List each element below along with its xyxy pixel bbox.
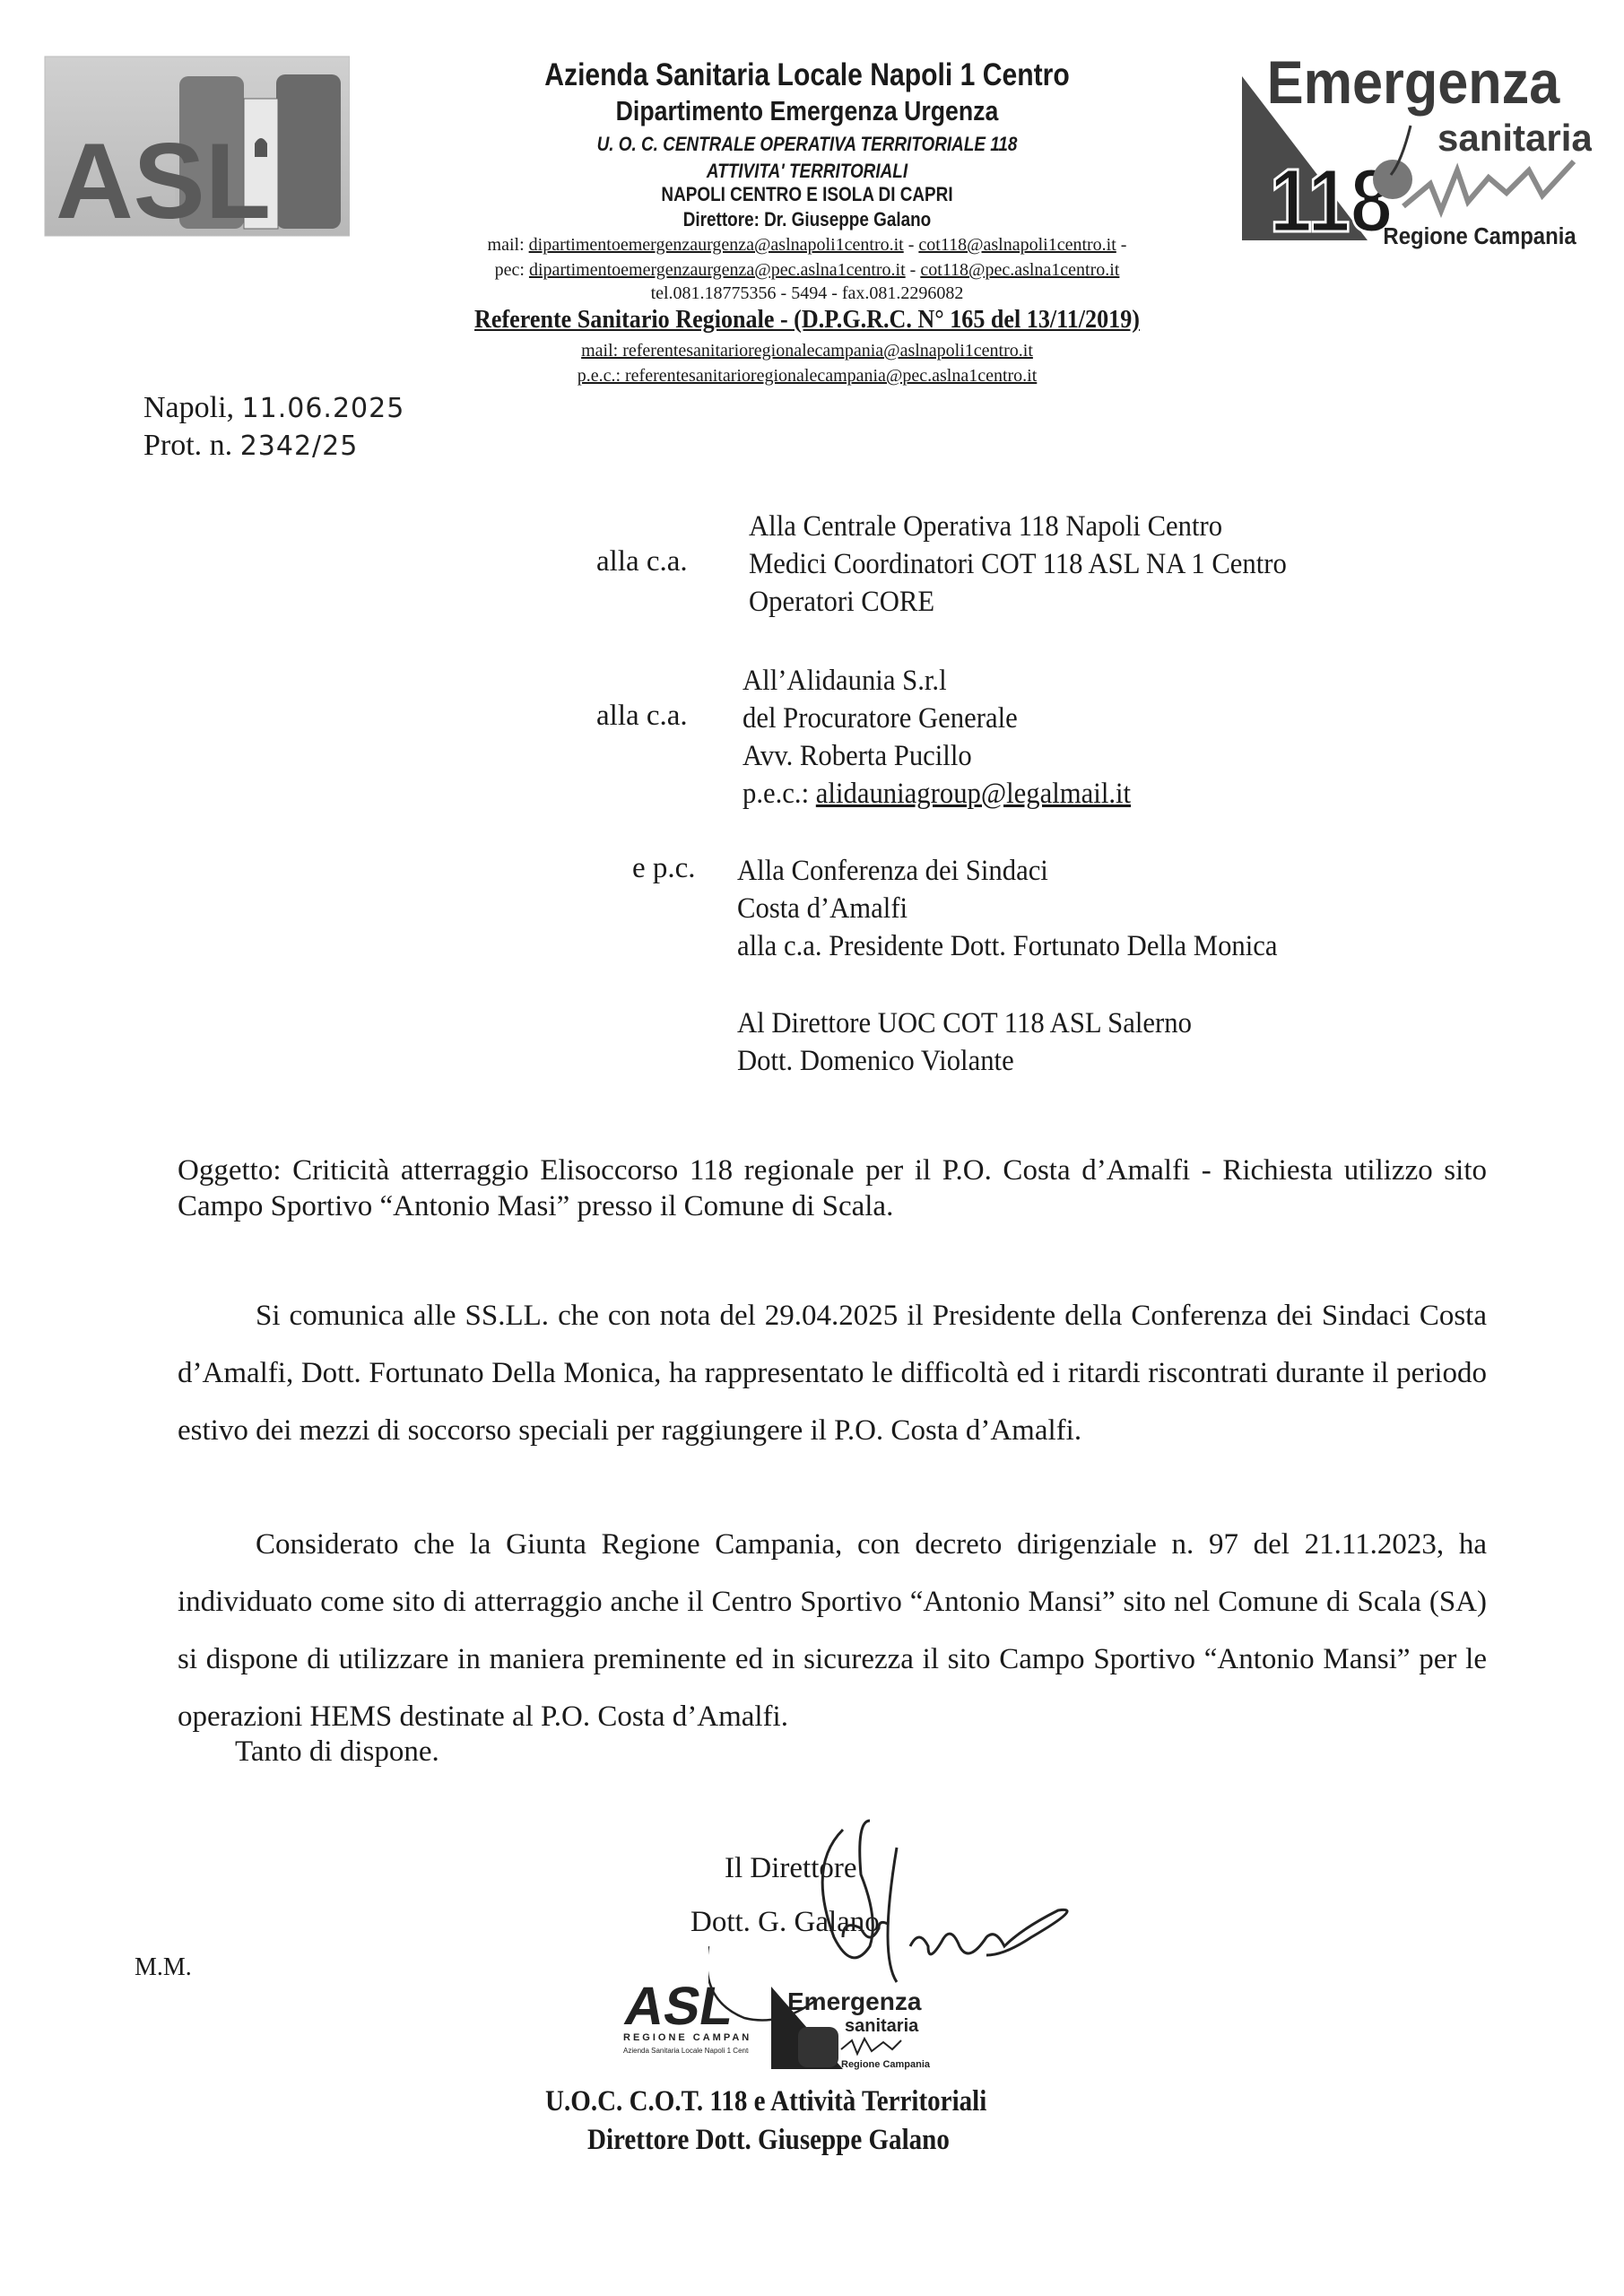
director-line: Direttore: Dr. Giuseppe Galano bbox=[452, 208, 1161, 231]
protocol-line: Prot. n. 2342/25 bbox=[143, 429, 358, 463]
svg-text:118: 118 bbox=[1270, 150, 1393, 250]
unit-subtitle: ATTIVITA' TERRITORIALI bbox=[452, 160, 1161, 183]
closing-line: Tanto di dispone. bbox=[235, 1735, 439, 1769]
recipient-pec-link[interactable]: alidauniagroup@legalmail.it bbox=[816, 778, 1131, 810]
pec-label: pec: bbox=[495, 260, 525, 280]
svg-text:Emergenza: Emergenza bbox=[787, 1987, 922, 2015]
pec-link-cot118[interactable]: cot118@pec.aslna1centro.it bbox=[920, 260, 1119, 280]
svg-text:Regione Campania: Regione Campania bbox=[1383, 223, 1576, 249]
recipient-line: del Procuratore Generale bbox=[743, 700, 1131, 737]
pec-link-department[interactable]: dipartimentoemergenzaurgenza@pec.aslna1c… bbox=[529, 260, 906, 280]
header-mail-line: mail: dipartimentoemergenzaurgenza@aslna… bbox=[395, 235, 1220, 256]
body-paragraph: Si comunica alle SS.LL. che con nota del… bbox=[178, 1287, 1487, 1459]
date-line: Napoli, 11.06.2025 bbox=[143, 391, 404, 425]
mail-link-department[interactable]: dipartimentoemergenzaurgenza@aslnapoli1c… bbox=[529, 235, 904, 255]
recipient-block: All’Alidaunia S.r.l del Procuratore Gene… bbox=[743, 662, 1131, 813]
referente-mail-link[interactable]: mail: referentesanitarioregionalecampani… bbox=[395, 341, 1220, 361]
recipient-line: alla c.a. Presidente Dott. Fortunato Del… bbox=[737, 927, 1278, 965]
recipient-line: Dott. Domenico Violante bbox=[737, 1042, 1192, 1080]
phone-line: tel.081.18775356 - 5494 - fax.081.229608… bbox=[395, 283, 1220, 304]
recipient-label: alla c.a. bbox=[596, 545, 688, 578]
area-name: NAPOLI CENTRO E ISOLA DI CAPRI bbox=[452, 183, 1161, 206]
asl-stamp-logo: ASL REGIONE CAMPANIA Azienda Sanitaria L… bbox=[623, 1969, 749, 2063]
recipient-block: Alla Centrale Operativa 118 Napoli Centr… bbox=[749, 508, 1287, 621]
pec-label: p.e.c.: bbox=[743, 778, 809, 810]
recipient-label: alla c.a. bbox=[596, 700, 688, 733]
department-name: Dipartimento Emergenza Urgenza bbox=[452, 95, 1161, 127]
footer-unit: U.O.C. C.O.T. 118 e Attività Territorial… bbox=[545, 2085, 986, 2118]
footer-director: Direttore Dott. Giuseppe Galano bbox=[587, 2124, 950, 2157]
asl-logo: ASL bbox=[36, 49, 350, 238]
referente-line: Referente Sanitario Regionale - (D.P.G.R… bbox=[436, 305, 1178, 335]
recipient-line: Operatori CORE bbox=[749, 583, 1287, 621]
svg-text:sanitaria: sanitaria bbox=[1437, 117, 1592, 159]
recipient-pec-line: p.e.c.: alidauniagroup@legalmail.it bbox=[743, 775, 1131, 813]
mail-link-cot118[interactable]: cot118@aslnapoli1centro.it bbox=[918, 235, 1116, 255]
emergenza-stamp-logo: Emergenza sanitaria Regione Campania bbox=[771, 1987, 968, 2076]
svg-text:sanitaria: sanitaria bbox=[845, 2016, 919, 2036]
separator: - bbox=[906, 260, 921, 280]
unit-name: U. O. C. CENTRALE OPERATIVA TERRITORIALE… bbox=[452, 133, 1161, 156]
recipient-line: Alla Conferenza dei Sindaci bbox=[737, 852, 1278, 890]
protocol-value: 2342/25 bbox=[240, 430, 359, 462]
recipient-line: Al Direttore UOC COT 118 ASL Salerno bbox=[737, 1004, 1192, 1042]
recipient-line: Costa d’Amalfi bbox=[737, 890, 1278, 927]
date-value: 11.06.2025 bbox=[242, 393, 405, 424]
org-title: Azienda Sanitaria Locale Napoli 1 Centro bbox=[452, 57, 1161, 93]
svg-text:REGIONE CAMPANIA: REGIONE CAMPANIA bbox=[623, 2032, 749, 2043]
recipient-line: Medici Coordinatori COT 118 ASL NA 1 Cen… bbox=[749, 545, 1287, 583]
svg-text:Emergenza: Emergenza bbox=[1267, 48, 1560, 117]
referente-text: Referente Sanitario Regionale - (D.P.G.R… bbox=[474, 305, 1140, 334]
recipient-block: Alla Conferenza dei Sindaci Costa d’Amal… bbox=[737, 852, 1278, 965]
protocol-label: Prot. n. bbox=[143, 429, 232, 462]
date-label: Napoli, bbox=[143, 391, 234, 424]
svg-text:Azienda Sanitaria Locale Napol: Azienda Sanitaria Locale Napoli 1 Centro bbox=[623, 2047, 749, 2055]
emergenza-118-logo: Emergenza sanitaria 118 Regione Campania bbox=[1233, 36, 1592, 251]
svg-text:ASL: ASL bbox=[623, 1975, 739, 2035]
svg-text:Regione Campania: Regione Campania bbox=[841, 2059, 931, 2070]
svg-text:ASL: ASL bbox=[56, 121, 271, 238]
header-pec-line: pec: dipartimentoemergenzaurgenza@pec.as… bbox=[395, 260, 1220, 281]
recipient-line: Avv. Roberta Pucillo bbox=[743, 737, 1131, 775]
subject: Oggetto: Criticità atterraggio Elisoccor… bbox=[178, 1152, 1487, 1224]
separator: - bbox=[904, 235, 919, 255]
body-paragraph: Considerato che la Giunta Regione Campan… bbox=[178, 1516, 1487, 1745]
mail-label: mail: bbox=[488, 235, 525, 255]
recipient-line: All’Alidaunia S.r.l bbox=[743, 662, 1131, 700]
recipient-label: e p.c. bbox=[632, 852, 696, 885]
recipient-line: Alla Centrale Operativa 118 Napoli Centr… bbox=[749, 508, 1287, 545]
referente-pec-link[interactable]: p.e.c.: referentesanitarioregionalecampa… bbox=[395, 366, 1220, 387]
initials: M.M. bbox=[135, 1953, 192, 1982]
recipient-block: Al Direttore UOC COT 118 ASL Salerno Dot… bbox=[737, 1004, 1192, 1080]
